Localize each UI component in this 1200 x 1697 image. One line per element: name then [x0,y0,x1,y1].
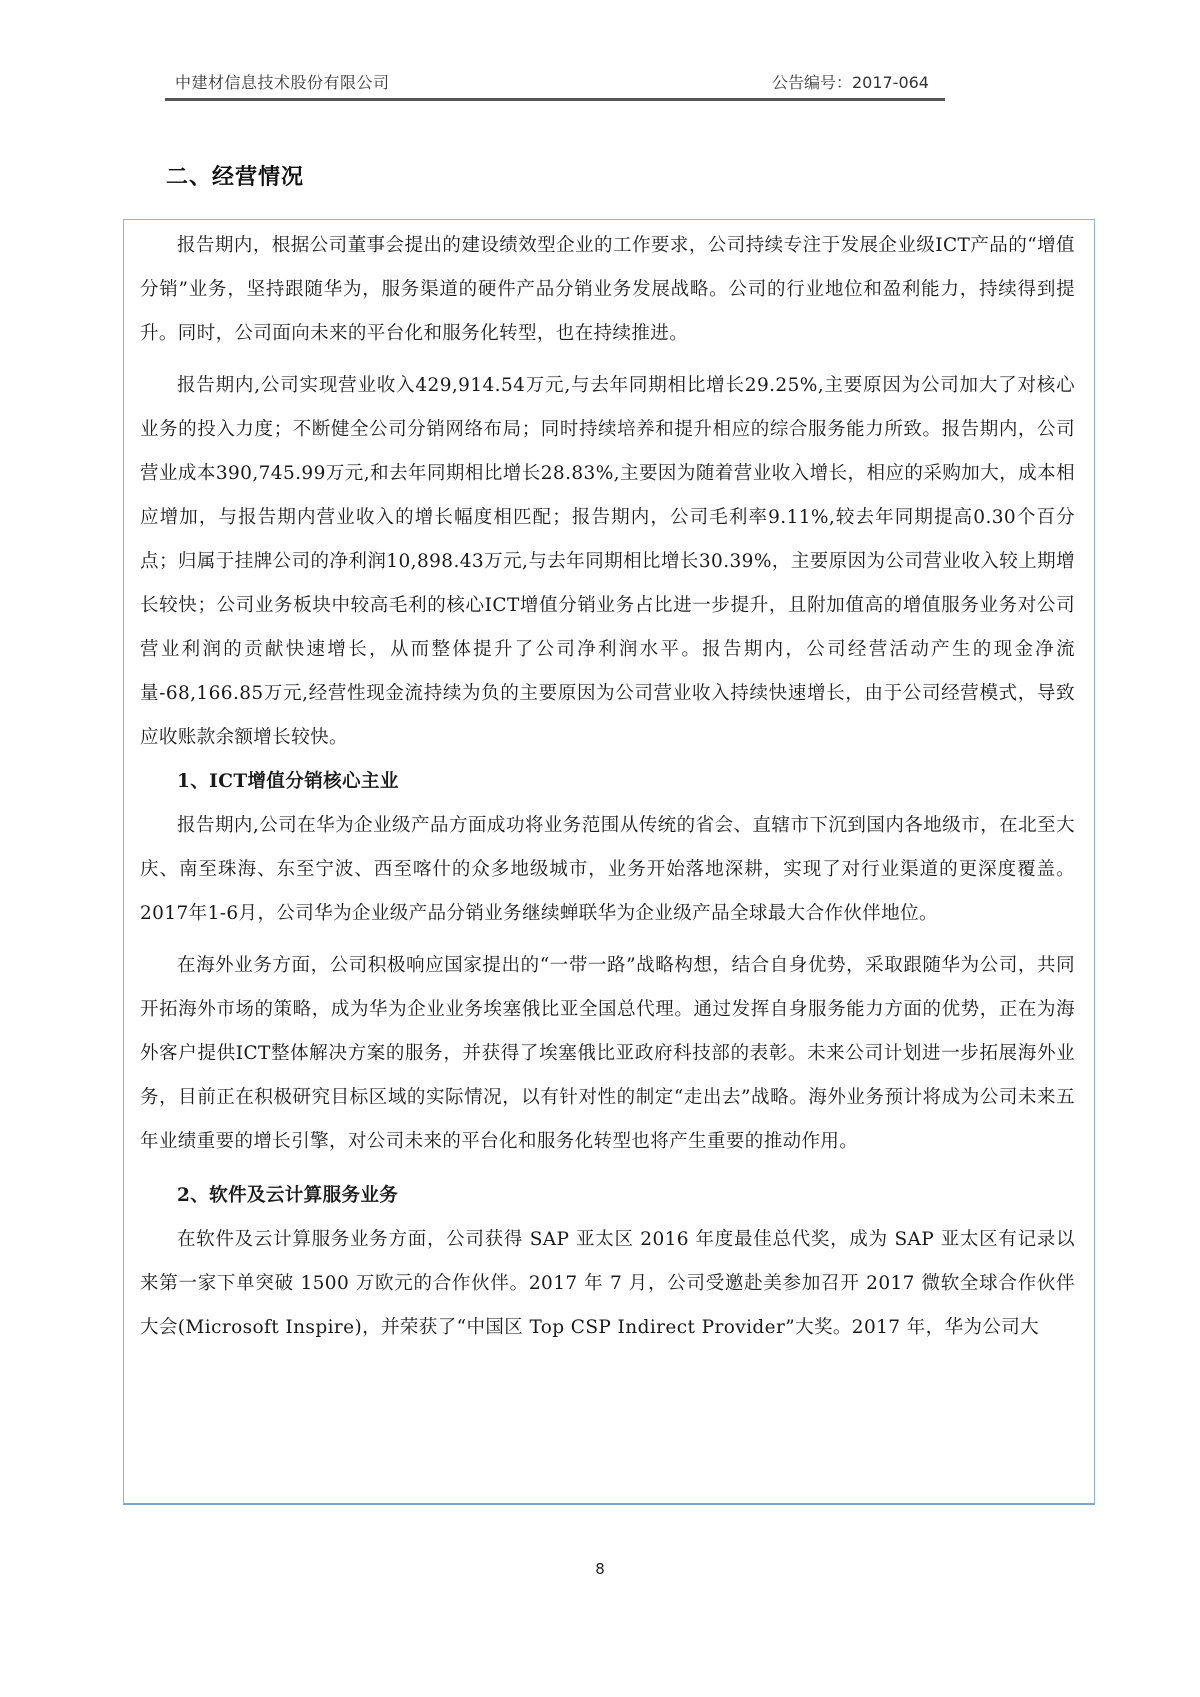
page-number: 8 [0,1560,1200,1578]
paragraph-intro: 报告期内，根据公司董事会提出的建设绩效型企业的工作要求，公司持续专注于发展企业级… [140,224,1075,356]
content-box: 报告期内，根据公司董事会提出的建设绩效型企业的工作要求，公司持续专注于发展企业级… [123,219,1095,1505]
paragraph-overseas: 在海外业务方面，公司积极响应国家提出的“一带一路”战略构想，结合自身优势，采取跟… [140,944,1075,1164]
subheading-software-cloud: 2、软件及云计算服务业务 [140,1174,1075,1218]
page-header: 中建材信息技术股份有限公司 公告编号：2017-064 [165,64,945,101]
subheading-ict: 1、ICT增值分销核心主业 [140,760,1075,804]
content-body: 报告期内，根据公司董事会提出的建设绩效型企业的工作要求，公司持续专注于发展企业级… [140,220,1075,1350]
paragraph-financials: 报告期内,公司实现营业收入429,914.54万元,与去年同期相比增长29.25… [140,364,1075,760]
company-name: 中建材信息技术股份有限公司 [175,70,390,93]
paragraph-huawei-domestic: 报告期内,公司在华为企业级产品方面成功将业务范围从传统的省会、直辖市下沉到国内各… [140,804,1075,936]
section-title: 二、经营情况 [166,160,304,191]
notice-number: 公告编号：2017-064 [772,70,929,93]
paragraph-software-cloud: 在软件及云计算服务业务方面，公司获得 SAP 亚太区 2016 年度最佳总代奖，… [140,1218,1075,1350]
